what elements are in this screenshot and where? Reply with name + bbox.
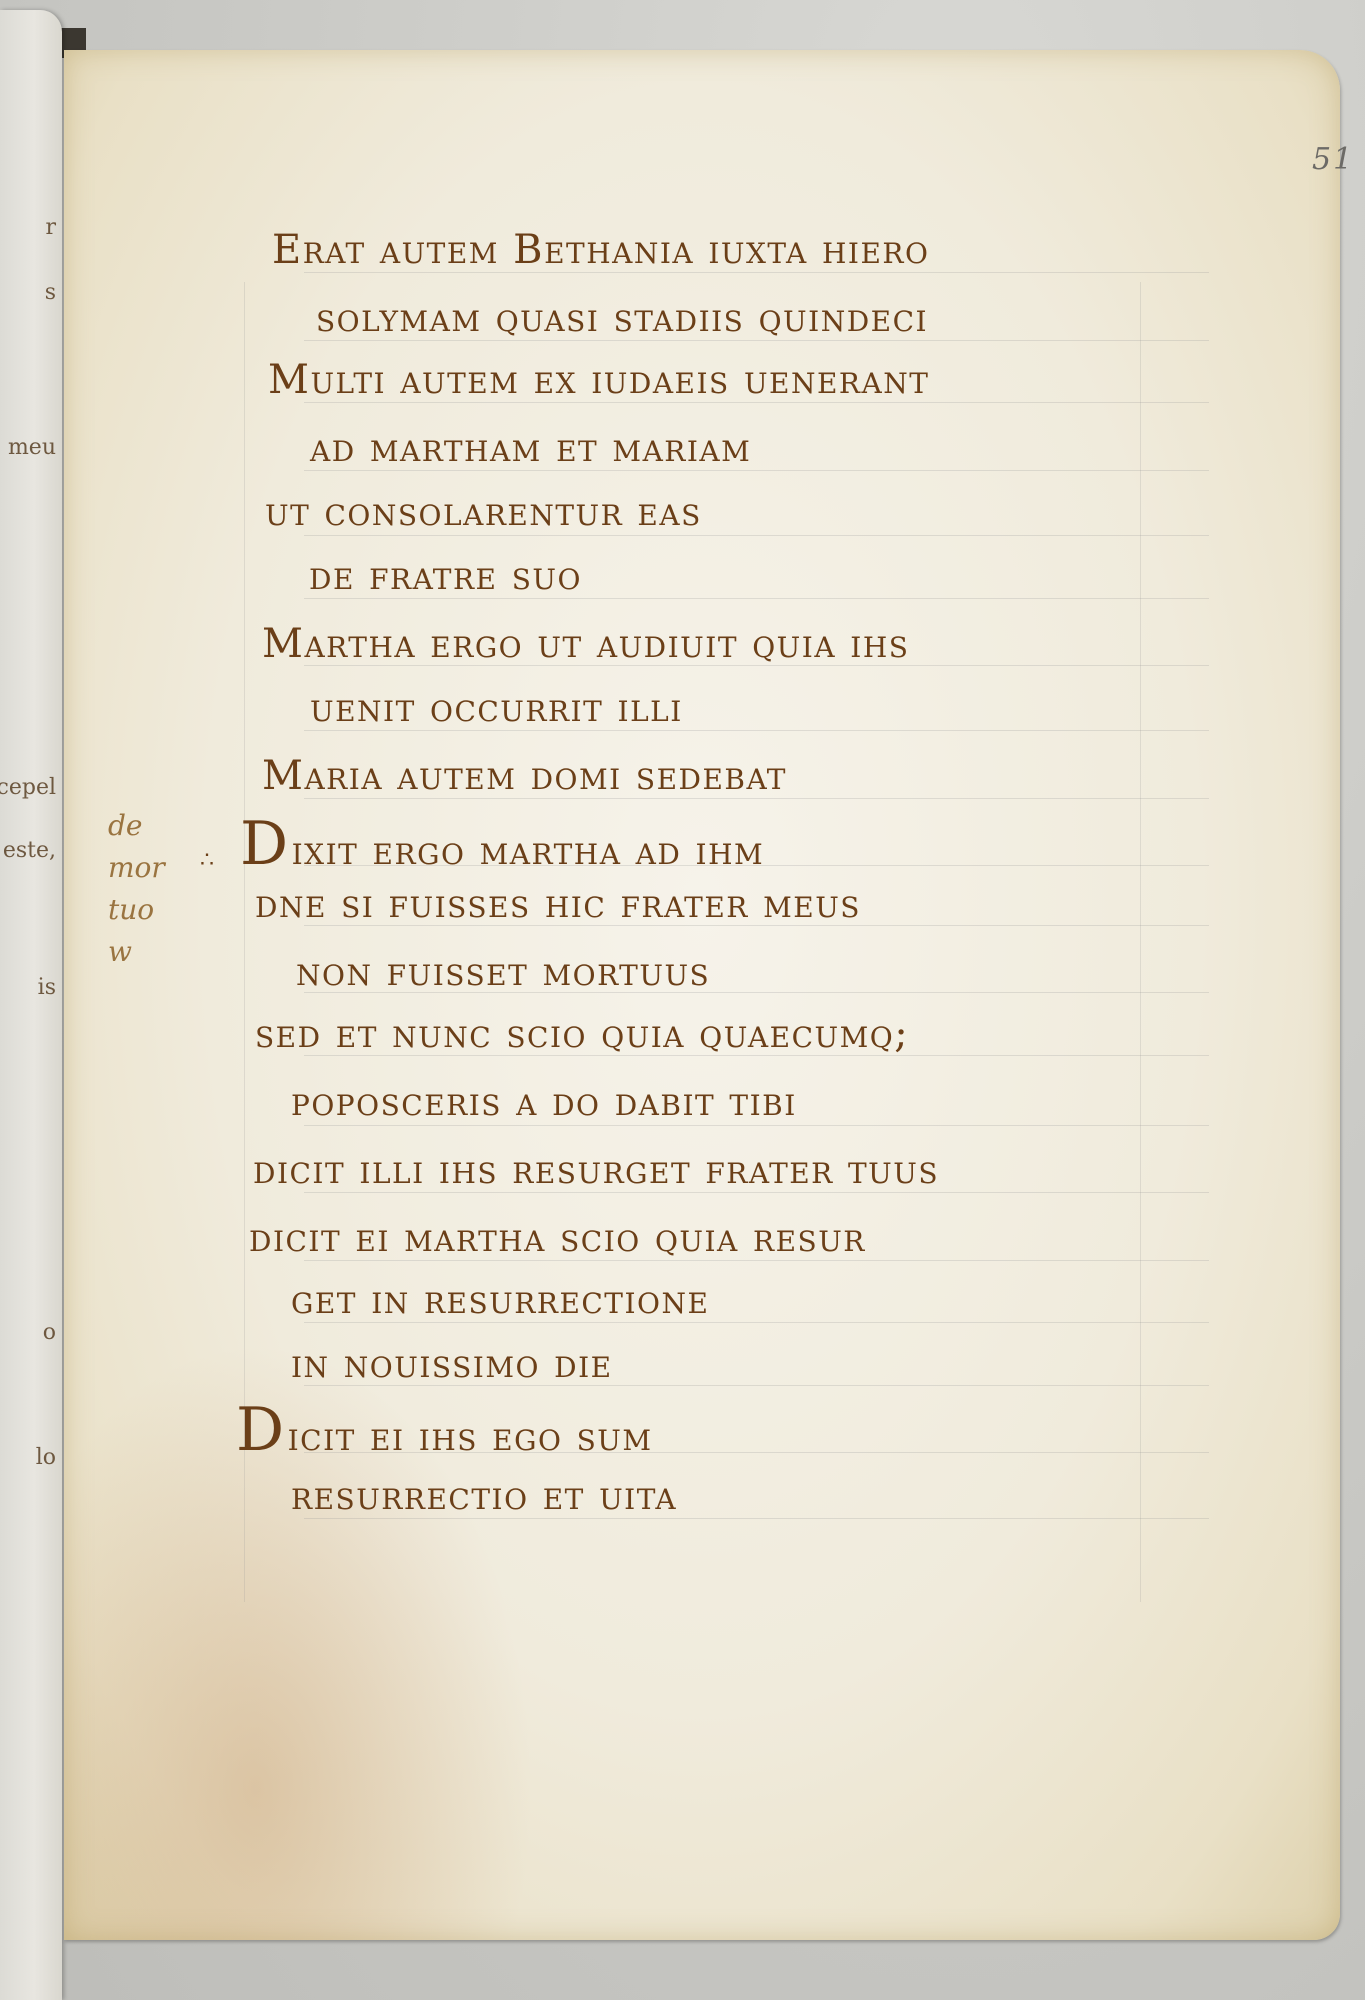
prev-page-fragment: cepel — [0, 775, 56, 800]
text-line: poposceris a do dabit tibi — [291, 1078, 797, 1126]
text-line: dicit ei martha scio quia resur — [249, 1214, 866, 1262]
text-line: dne si fuisses hic frater meus — [255, 880, 861, 928]
text-line: get in resurrectione — [291, 1276, 709, 1324]
text-line: ad martham et mariam — [310, 424, 751, 472]
prev-page-fragment: o — [43, 1320, 56, 1345]
marginal-annotation: de mor tuo w — [108, 805, 165, 973]
text-line: Erat autem Bethania iuxta hiero — [272, 226, 929, 274]
text-line-body: ixit ergo martha ad ihm — [292, 828, 765, 874]
text-line: non fuisset mortuus — [296, 948, 710, 996]
prev-page-fragment: este, — [3, 838, 56, 863]
text-line: Maria autem domi sedebat — [262, 752, 787, 800]
text-line: resurrectio et uita — [291, 1472, 677, 1520]
folio-number: 51 — [1312, 142, 1354, 177]
text-line: Multi autem ex iudaeis uenerant — [268, 356, 929, 404]
text-line: Martha ergo ut audiuit quia ihs — [262, 620, 909, 668]
reference-mark: ∴ — [200, 848, 212, 873]
text-line-body: icit ei ihs ego sum — [288, 1414, 653, 1460]
text-line-with-initial: Dicit ei ihs ego sum — [236, 1406, 653, 1461]
prev-page-fragment: lo — [36, 1445, 56, 1470]
prev-page-fragment: s — [45, 280, 56, 305]
margin-note-line: w — [108, 931, 165, 973]
text-line: sed et nunc scio quia quaecumq; — [255, 1010, 909, 1058]
text-line: in nouissimo die — [291, 1340, 613, 1388]
margin-note-line: mor — [108, 847, 165, 889]
text-line: solymam quasi stadiis quindeci — [316, 294, 928, 342]
text-line: dicit illi ihs resurget frater tuus — [253, 1146, 939, 1194]
previous-page-edge: r s meu cepel este, is o lo — [0, 10, 62, 2000]
text-line: uenit occurrit illi — [310, 684, 683, 732]
text-line: de fratre suo — [309, 552, 582, 600]
prev-page-fragment: meu — [8, 435, 56, 460]
manuscript-page: 51 Erat autem Bethania iuxta hiero solym… — [64, 50, 1340, 1940]
text-line-with-initial: Dixit ergo martha ad ihm — [240, 820, 764, 875]
text-line: ut consolarentur eas — [265, 488, 702, 536]
decorated-initial: D — [240, 809, 290, 879]
prev-page-fragment: is — [38, 975, 56, 1000]
decorated-initial: D — [236, 1395, 286, 1465]
vertical-ruling — [1140, 282, 1141, 1602]
prev-page-fragment: r — [45, 215, 56, 240]
margin-note-line: de — [108, 805, 165, 847]
margin-note-line: tuo — [108, 889, 165, 931]
